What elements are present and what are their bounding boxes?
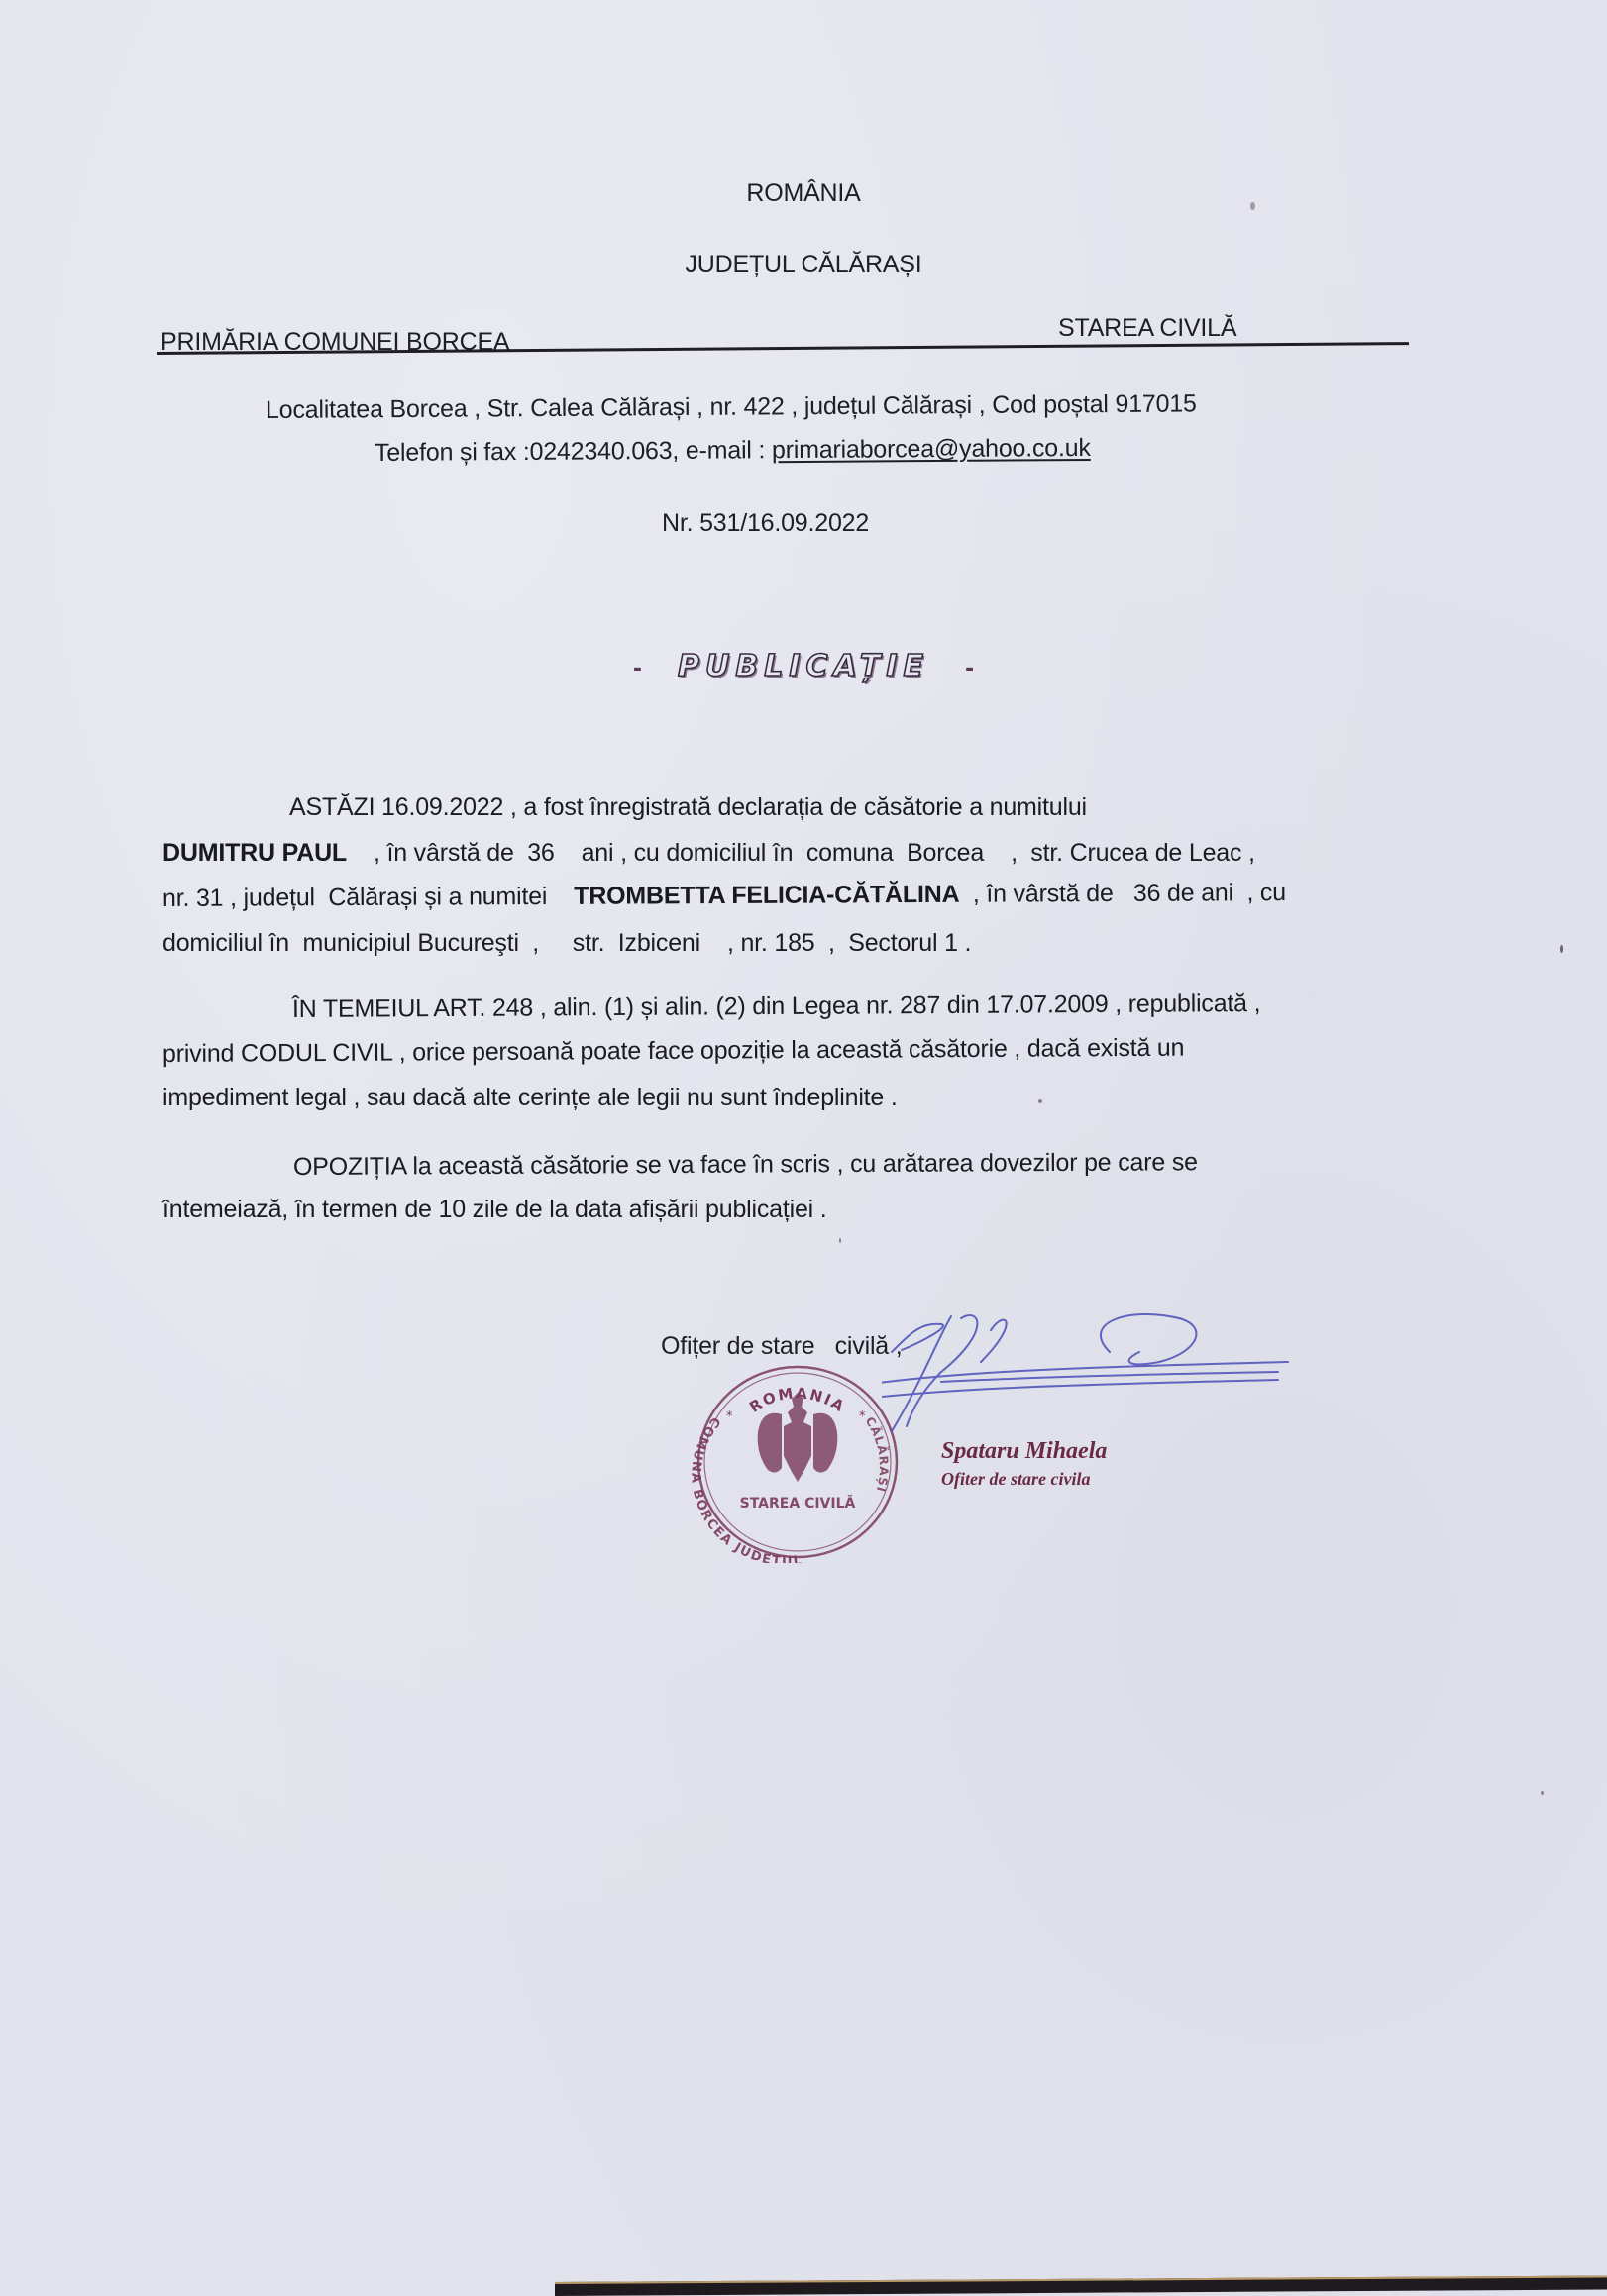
paragraph-3-line-2: întemeiază, în termen de 10 zile de la d…: [162, 1195, 827, 1224]
contact-phone-email: Telefon și fax :0242340.063, e-mail : pr…: [375, 433, 1091, 468]
header-country: ROMÂNIA: [0, 178, 1607, 208]
contact-email-link[interactable]: primariaborcea@yahoo.co.uk: [772, 434, 1091, 464]
document-title: -PUBLICAȚIE-: [0, 649, 1607, 683]
paragraph-1-line-2-text: , în vârstă de 36 ani , cu domiciliul în…: [347, 839, 1255, 867]
paragraph-1-line-3: nr. 31 , județul Călărași și a numitei T…: [162, 878, 1286, 913]
title-dash-right: -: [965, 657, 974, 681]
paragraph-1-line-1: ASTĂZI 16.09.2022 , a fost înregistrată …: [289, 792, 1087, 822]
paragraph-1-line-3-rest: , în vârstă de 36 de ani , cu: [959, 879, 1286, 908]
paragraph-1-line-2: DUMITRU PAUL , în vârstă de 36 ani , cu …: [162, 838, 1255, 868]
bride-name: TROMBETTA FELICIA-CĂTĂLINA: [574, 881, 959, 910]
registration-number: Nr. 531/16.09.2022: [662, 508, 869, 538]
paragraph-3-line-1: OPOZIȚIA la această căsătorie se va face…: [293, 1147, 1198, 1182]
svg-text:*: *: [726, 1409, 733, 1424]
paragraph-2-line-2: privind CODUL CIVIL , orice persoană poa…: [162, 1033, 1184, 1069]
paragraph-2-line-3: impediment legal , sau dacă alte cerințe…: [162, 1083, 898, 1112]
official-stamp: ROMANIA * * COMUNA BORCEA JUDEȚUL CĂLĂRA…: [691, 1355, 905, 1563]
title-text: PUBLICAȚIE: [678, 649, 929, 683]
title-dash-left: -: [633, 657, 642, 681]
header-county: JUDEȚUL CĂLĂRAȘI: [0, 250, 1607, 279]
header-department: STAREA CIVILĂ: [1058, 313, 1236, 343]
scan-speck: [1541, 1791, 1544, 1795]
scan-speck: [1560, 945, 1563, 953]
paragraph-2-line-1: ÎN TEMEIUL ART. 248 , alin. (1) și alin.…: [292, 989, 1261, 1024]
svg-text:STAREA CIVILĂ: STAREA CIVILĂ: [740, 1494, 856, 1512]
official-role: Ofiter de stare civila: [941, 1469, 1090, 1490]
contact-phone: Telefon și fax :0242340.063, e-mail :: [375, 436, 772, 467]
scan-speck: [1038, 1099, 1042, 1103]
scan-bottom-edge: [555, 2276, 1607, 2296]
contact-address: Localitatea Borcea , Str. Calea Călărași…: [266, 388, 1197, 425]
official-name: Spataru Mihaela: [941, 1438, 1107, 1465]
paragraph-1-line-3-start: nr. 31 , județul Călărași și a numitei: [162, 883, 574, 912]
groom-name: DUMITRU PAUL: [162, 839, 347, 867]
paragraph-1-line-4: domiciliul în municipiul Bucureşti , str…: [162, 928, 971, 958]
scan-speck: [839, 1238, 841, 1243]
scanned-document-page: ROMÂNIA JUDEȚUL CĂLĂRAȘI PRIMĂRIA COMUNE…: [0, 0, 1607, 2296]
scan-speck: [1250, 202, 1255, 210]
